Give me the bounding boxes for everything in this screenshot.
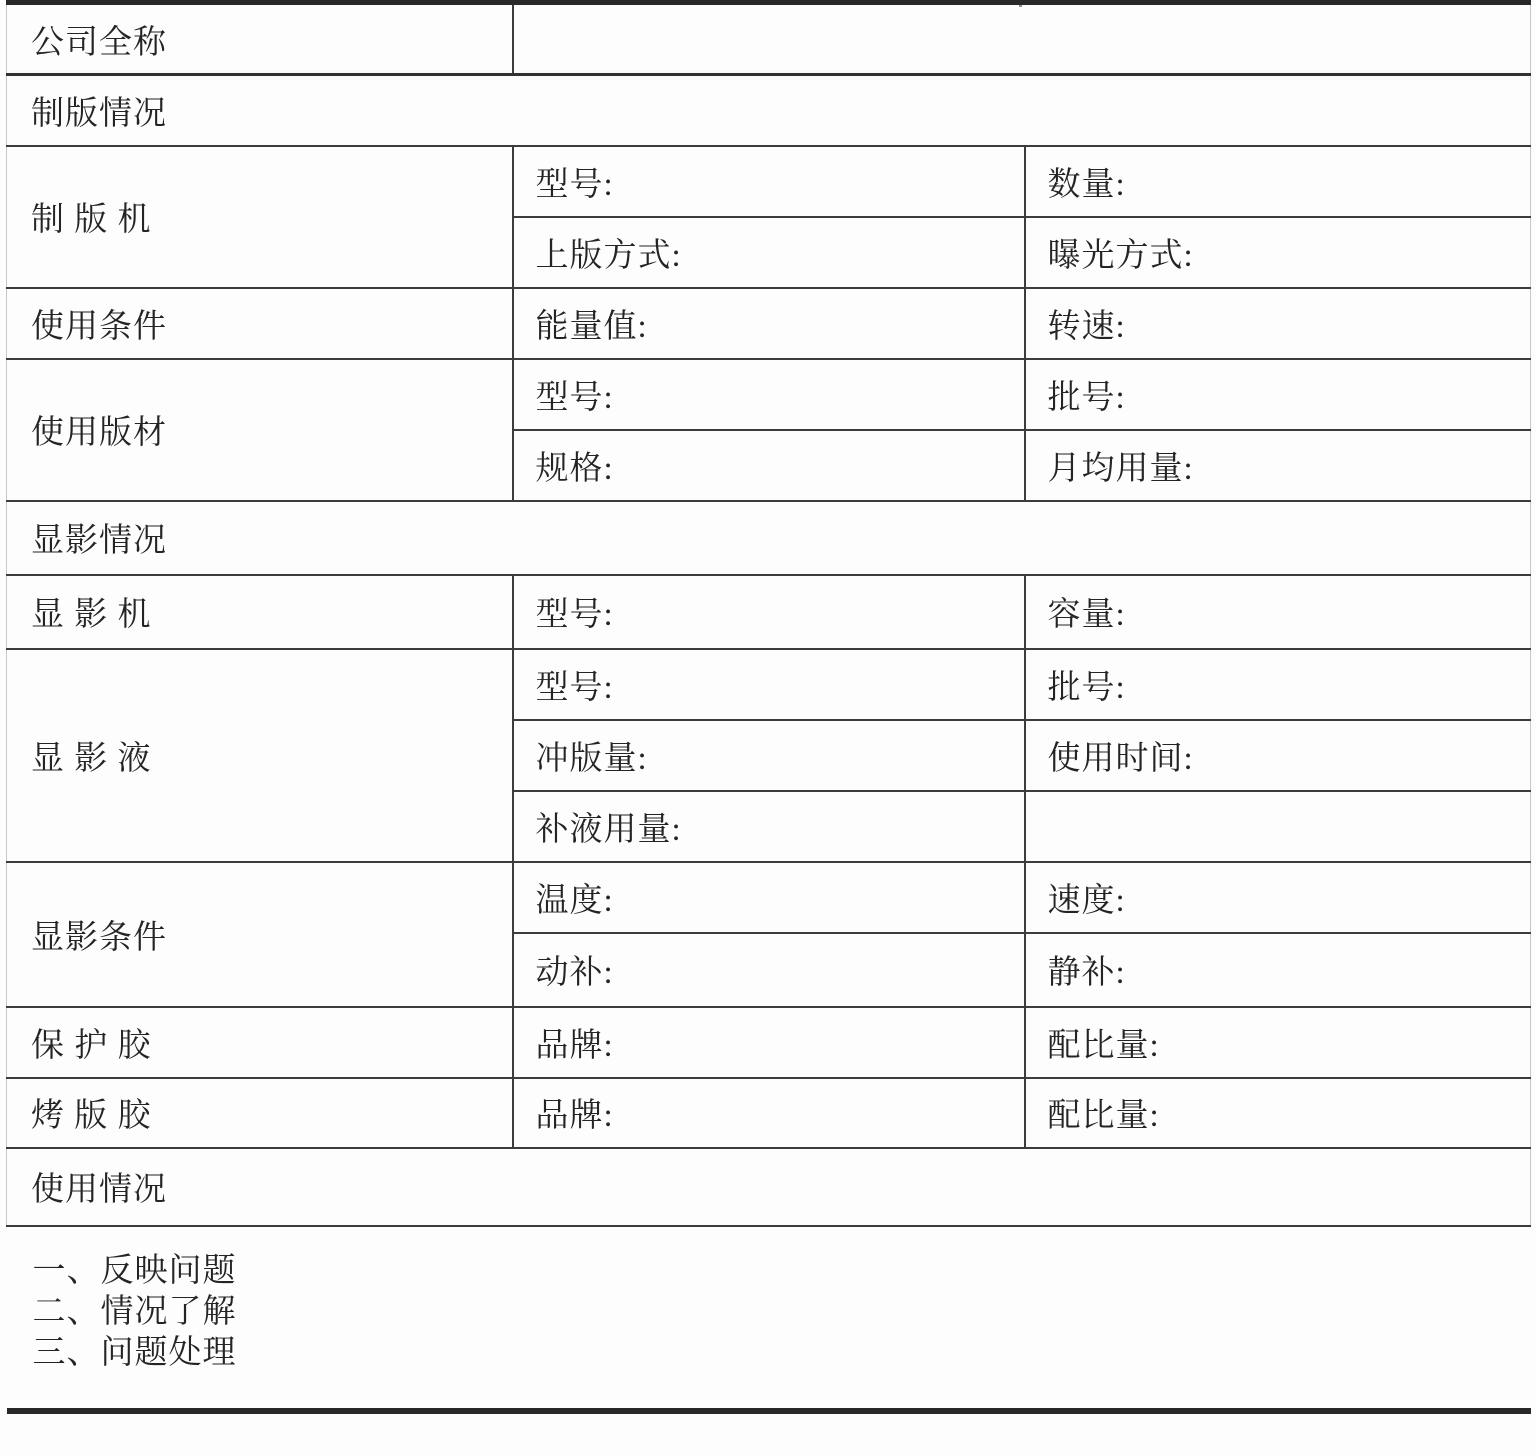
row-protective-gum: 保 护 胶 品牌: 配比量:: [7, 1007, 1531, 1078]
scanned-form-page: 公司全称 制版情况 制 版 机 型号: 数量: 上版方式: 曝光方式: 使用条件…: [0, 0, 1536, 1456]
plate-material-model-label: 型号:: [513, 359, 1025, 430]
baking-gum-ratio-label: 配比量:: [1025, 1078, 1531, 1148]
row-platemaker-1: 制 版 机 型号: 数量:: [7, 146, 1531, 217]
section-title-platemaking: 制版情况: [7, 75, 1531, 146]
row-usage-conditions: 使用条件 能量值: 转速:: [7, 288, 1531, 359]
row-baking-gum: 烤 版 胶 品牌: 配比量:: [7, 1078, 1531, 1148]
note-item-1: 一、反映问题: [33, 1251, 1531, 1292]
company-name-label: 公司全称: [7, 3, 513, 75]
row-plate-material-1: 使用版材 型号: 批号:: [7, 359, 1531, 430]
note-item-2: 二、情况了解: [33, 1292, 1531, 1333]
platemaker-label: 制 版 机: [7, 146, 513, 288]
dynamic-replenish-label: 动补:: [513, 933, 1025, 1007]
energy-value-label: 能量值:: [513, 288, 1025, 359]
company-name-value-cell: [513, 3, 1531, 75]
row-company: 公司全称: [7, 3, 1531, 75]
row-developer-solution-1: 显 影 液 型号: 批号:: [7, 649, 1531, 720]
section-title-developing: 显影情况: [7, 501, 1531, 575]
speed-label: 速度:: [1025, 862, 1531, 933]
row-developer-machine: 显 影 机 型号: 容量:: [7, 575, 1531, 649]
developer-machine-label: 显 影 机: [7, 575, 513, 649]
section-title-usage: 使用情况: [7, 1148, 1531, 1226]
platemaker-exposure-method-label: 曝光方式:: [1025, 217, 1531, 288]
protective-gum-ratio-label: 配比量:: [1025, 1007, 1531, 1078]
plate-material-batch-label: 批号:: [1025, 359, 1531, 430]
developer-machine-capacity-label: 容量:: [1025, 575, 1531, 649]
plate-material-spec-label: 规格:: [513, 430, 1025, 501]
developer-solution-empty-cell: [1025, 791, 1531, 862]
usage-conditions-label: 使用条件: [7, 288, 513, 359]
platemaker-quantity-label: 数量:: [1025, 146, 1531, 217]
baking-gum-brand-label: 品牌:: [513, 1078, 1025, 1148]
row-developing-conditions-1: 显影条件 温度: 速度:: [7, 862, 1531, 933]
row-section-platemaking: 制版情况: [7, 75, 1531, 146]
plate-material-label: 使用版材: [7, 359, 513, 501]
row-notes: 一、反映问题 二、情况了解 三、问题处理: [7, 1226, 1531, 1411]
developer-solution-replenisher-label: 补液用量:: [513, 791, 1025, 862]
row-section-developing: 显影情况: [7, 501, 1531, 575]
developer-solution-usage-time-label: 使用时间:: [1025, 720, 1531, 791]
rotation-speed-label: 转速:: [1025, 288, 1531, 359]
developer-machine-model-label: 型号:: [513, 575, 1025, 649]
developer-solution-label: 显 影 液: [7, 649, 513, 862]
static-replenish-label: 静补:: [1025, 933, 1531, 1007]
protective-gum-brand-label: 品牌:: [513, 1007, 1025, 1078]
developer-solution-throughput-label: 冲版量:: [513, 720, 1025, 791]
protective-gum-label: 保 护 胶: [7, 1007, 513, 1078]
platemaker-loading-method-label: 上版方式:: [513, 217, 1025, 288]
platemaker-model-label: 型号:: [513, 146, 1025, 217]
temperature-label: 温度:: [513, 862, 1025, 933]
plate-material-monthly-usage-label: 月均用量:: [1025, 430, 1531, 501]
note-item-3: 三、问题处理: [33, 1333, 1531, 1374]
baking-gum-label: 烤 版 胶: [7, 1078, 513, 1148]
notes-cell: 一、反映问题 二、情况了解 三、问题处理: [7, 1226, 1531, 1411]
developer-solution-batch-label: 批号:: [1025, 649, 1531, 720]
survey-form-table: 公司全称 制版情况 制 版 机 型号: 数量: 上版方式: 曝光方式: 使用条件…: [6, 0, 1531, 1414]
developing-conditions-label: 显影条件: [7, 862, 513, 1007]
developer-solution-model-label: 型号:: [513, 649, 1025, 720]
row-section-usage: 使用情况: [7, 1148, 1531, 1226]
